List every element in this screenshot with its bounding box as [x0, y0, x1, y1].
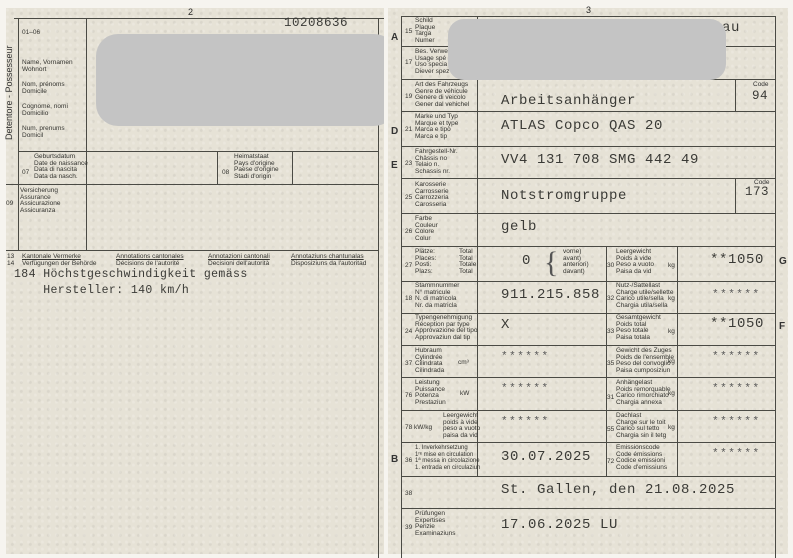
holder-label-fr: Nom, prénoms Domicile: [22, 82, 65, 95]
annotation-header-de-2: Verfügungen der Behörde: [22, 261, 96, 268]
body-code: 25: [405, 194, 412, 201]
side-letter-g: G: [779, 256, 787, 267]
body-value: Notstromgruppe: [501, 188, 627, 204]
vehicle-type-code-value: 94: [752, 89, 768, 103]
origin-code: 08: [222, 169, 229, 176]
trailer-load-label: Anhängelast Poids remorquable Carico rim…: [616, 380, 671, 406]
annotation-header-fr-2: Décisions de l'autorité: [116, 261, 179, 268]
seats-label: Plätze: Places: Posti: Plazs:: [415, 249, 436, 275]
seats-value: 0: [522, 253, 531, 269]
chassis-value: VV4 131 708 SMG 442 49: [501, 152, 699, 168]
inspections-value: 17.06.2025 LU: [501, 517, 618, 533]
place-date-code: 38: [405, 490, 412, 497]
type-approval-code: 24: [405, 328, 412, 335]
annotation-header-rm-2: Disposiziuns da l'autoritad: [291, 261, 366, 268]
left-page: 2 10208636 01–06 Detentore - Possesseur …: [6, 8, 384, 554]
first-registration-code: 36: [405, 457, 412, 464]
plate-code: 15: [405, 28, 412, 35]
vehicle-type-value: Arbeitsanhänger: [501, 93, 636, 109]
vehicle-type-code-label: Code: [753, 81, 769, 88]
side-letter-d: D: [391, 126, 398, 137]
insurance-label: Versicherung Assurance Assicurazione Ass…: [20, 188, 60, 214]
page-number: 3: [586, 5, 591, 15]
annotation-text-line2: Hersteller: 140 km/h: [14, 284, 189, 297]
roof-load-value: ******: [712, 416, 761, 428]
displacement-code: 37: [405, 360, 412, 367]
payload-code: 32: [607, 295, 614, 302]
trailer-load-value: ******: [712, 383, 761, 395]
displacement-value: ******: [501, 351, 550, 363]
holder-label-it: Cognome, nomi Domicilio: [22, 104, 68, 117]
holder-redacted-value: [96, 34, 396, 126]
birthdate-label: Geburtsdatum Date de naissance Data di n…: [34, 154, 88, 180]
emission-code-value: ******: [712, 448, 761, 460]
side-letter-f: F: [779, 321, 785, 332]
vehicle-type-code: 19: [405, 93, 412, 100]
body-code-value: 173: [745, 185, 769, 199]
inspections-label: Prüfungen Expertises Perizie Examinaziun…: [415, 511, 455, 537]
power-ratio-label: Leergewicht poids à vide peso a vuoto pa…: [443, 413, 480, 439]
displacement-label: Hubraum Cylindrée Cilindrata Cilindrada: [415, 348, 444, 374]
annotation-text-line1: 184 Höchstgeschwindigkeit gemäss: [14, 268, 248, 281]
annotation-code-14: 14: [7, 261, 14, 268]
first-registration-label: 1. Inverkehrsetzung 1ʳᵉ mise en circulat…: [415, 445, 480, 471]
plate-label: Schild Plaque Targa Numer: [415, 18, 435, 44]
emission-code-label: Emissionscode Code émissions Codice emis…: [616, 445, 667, 471]
roof-load-code: 55: [607, 426, 614, 433]
annotation-header-it-2: Decisioni dell'autorità: [208, 261, 269, 268]
power-unit: kW: [460, 390, 469, 397]
make-model-value: ATLAS Copco QAS 20: [501, 118, 663, 134]
holder-label-rm: Num, prenums Domicil: [22, 126, 65, 139]
first-registration-value: 30.07.2025: [501, 449, 591, 465]
combination-weight-unit: kg: [668, 358, 675, 365]
power-ratio-code: 78: [405, 424, 412, 431]
roof-load-label: Dachlast Charge sur le toit Carico sul t…: [616, 413, 666, 439]
master-number-value: 911.215.858: [501, 287, 600, 303]
body-label: Karosserie Carrosserie Carrozzeria Caros…: [415, 182, 449, 208]
seats-brace: {: [544, 248, 558, 278]
make-model-code: 21: [405, 126, 412, 133]
payload-label: Nutz-/Sattellast Charge utile/sellette C…: [616, 283, 673, 309]
payload-value: ******: [712, 289, 761, 301]
color-value: gelb: [501, 219, 537, 235]
holder-section-code: 01–06: [22, 30, 40, 37]
empty-weight-value: **1050: [710, 252, 764, 268]
color-code: 26: [405, 228, 412, 235]
power-label: Leistung Puissance Potenza Prestaziun: [415, 380, 446, 406]
empty-weight-code: 30: [607, 262, 614, 269]
trailer-load-unit: kg: [668, 390, 675, 397]
type-approval-label: Typengenehmigung Réception par type Appr…: [415, 315, 478, 341]
holder-label-de: Name, Vornamen Wohnort: [22, 60, 73, 73]
combination-weight-label: Gewicht des Zuges Poids de l'ensemble Pe…: [616, 348, 674, 374]
seats-front-label: vorne) avant) anteriori) davant): [563, 249, 589, 275]
power-code: 76: [405, 392, 412, 399]
color-label: Farbe Couleur Colore Colur: [415, 216, 438, 242]
right-page: 3 A D E B G F 15 Schild Plaque Targa Num…: [388, 8, 788, 554]
combination-weight-value: ******: [712, 351, 761, 363]
trailer-load-code: 31: [607, 394, 614, 401]
chassis-label: Fahrgestell-Nr. Châssis no Telaio n. Sch…: [415, 149, 458, 175]
power-ratio-unit: kW/kg: [414, 424, 432, 431]
birthdate-code: 07: [22, 169, 29, 176]
combination-weight-code: 35: [607, 360, 614, 367]
seats-total-label: Total Total Totale Total: [459, 249, 476, 275]
special-use-label: Bes. Verwe Usage spé Uso specia Diever s…: [415, 49, 449, 75]
master-number-code: 18: [405, 295, 412, 302]
chassis-code: 23: [405, 160, 412, 167]
insurance-code: 09: [6, 200, 13, 207]
displacement-unit: cm³: [458, 359, 469, 366]
power-ratio-value: ******: [501, 416, 550, 428]
payload-unit: kg: [668, 295, 675, 302]
emission-code-code: 72: [607, 458, 614, 465]
plate-usage-redacted-value: [448, 19, 726, 80]
page-number: 2: [188, 7, 193, 17]
holder-vertical-label: Detentore - Possesseur: [4, 45, 14, 140]
place-date-value: St. Gallen, den 21.08.2025: [501, 482, 735, 498]
total-weight-code: 33: [607, 328, 614, 335]
side-letter-a: A: [391, 32, 398, 43]
inspections-code: 39: [405, 524, 412, 531]
total-weight-label: Gesamtgewicht Poids total Peso totale Pa…: [616, 315, 661, 341]
empty-weight-label: Leergewicht Poids à vide Peso a vuoto Pa…: [616, 249, 654, 275]
side-letter-e: E: [391, 160, 398, 171]
power-value: ******: [501, 383, 550, 395]
type-approval-value: X: [501, 317, 510, 333]
empty-weight-unit: kg: [668, 262, 675, 269]
make-model-label: Marke und Typ Marque et type Marca e tip…: [415, 114, 458, 140]
seats-code: 27: [405, 262, 412, 269]
vehicle-type-label: Art des Fahrzeugs Genre de véhicule Gene…: [415, 82, 469, 108]
document-number: 10208636: [284, 16, 348, 30]
special-use-code: 17: [405, 59, 412, 66]
master-number-label: Stammnummer N° matricule N. di matricola…: [415, 283, 459, 309]
total-weight-value: **1050: [710, 316, 764, 332]
roof-load-unit: kg: [668, 424, 675, 431]
side-letter-b: B: [391, 454, 398, 465]
origin-label: Heimatstaat Pays d'origine Paese d'origi…: [234, 154, 279, 180]
total-weight-unit: kg: [668, 328, 675, 335]
